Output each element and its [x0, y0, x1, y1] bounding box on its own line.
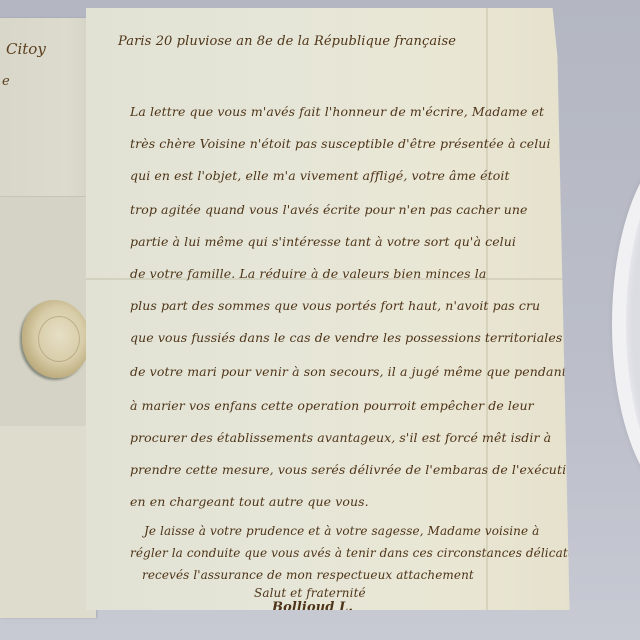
salutation: Salut et fraternité [254, 586, 366, 600]
body-line: de votre famille. La réduire à de valeur… [130, 266, 486, 281]
photo-scene: Citoy e Paris 20 pluviose an 8e de la Ré… [0, 0, 640, 640]
body-line: La lettre que vous m'avés fait l'honneur… [130, 104, 544, 119]
closing-line: Je laisse à votre prudence et à votre sa… [144, 524, 539, 538]
body-line: partie à lui même qui s'intéresse tant à… [130, 234, 516, 249]
white-plate-edge [612, 140, 640, 508]
wax-seal-icon [22, 300, 90, 378]
signature: Bollioud L. [272, 600, 353, 615]
body-line: qui en est l'objet, elle m'a vivement af… [130, 168, 510, 183]
body-line: prendre cette mesure, vous serés délivré… [130, 462, 582, 477]
folded-left-panel: Citoy e [0, 18, 96, 618]
body-line: plus part des sommes que vous portés for… [130, 298, 540, 313]
body-line: très chère Voisine n'étoit pas susceptib… [130, 136, 551, 151]
address-fragment-1: Citoy [6, 40, 46, 58]
address-fragment-2: e [2, 74, 10, 89]
closing-line: régler la conduite que vous avés à tenir… [130, 546, 581, 560]
body-line: que vous fussiés dans le cas de vendre l… [130, 330, 562, 345]
body-line: trop agitée quand vous l'avés écrite pou… [130, 202, 528, 217]
closing-line: recevés l'assurance de mon respectueux a… [142, 568, 474, 582]
body-line: de votre mari pour venir à son secours, … [130, 364, 567, 379]
letter-dateline: Paris 20 pluviose an 8e de la République… [118, 34, 456, 49]
body-line: à marier vos enfans cette operation pour… [130, 398, 534, 413]
letter-sheet: Paris 20 pluviose an 8e de la République… [86, 8, 572, 610]
fold-lower [0, 426, 96, 618]
body-line: procurer des établissements avantageux, … [130, 430, 551, 445]
body-line: en en chargeant tout autre que vous. [130, 494, 369, 509]
